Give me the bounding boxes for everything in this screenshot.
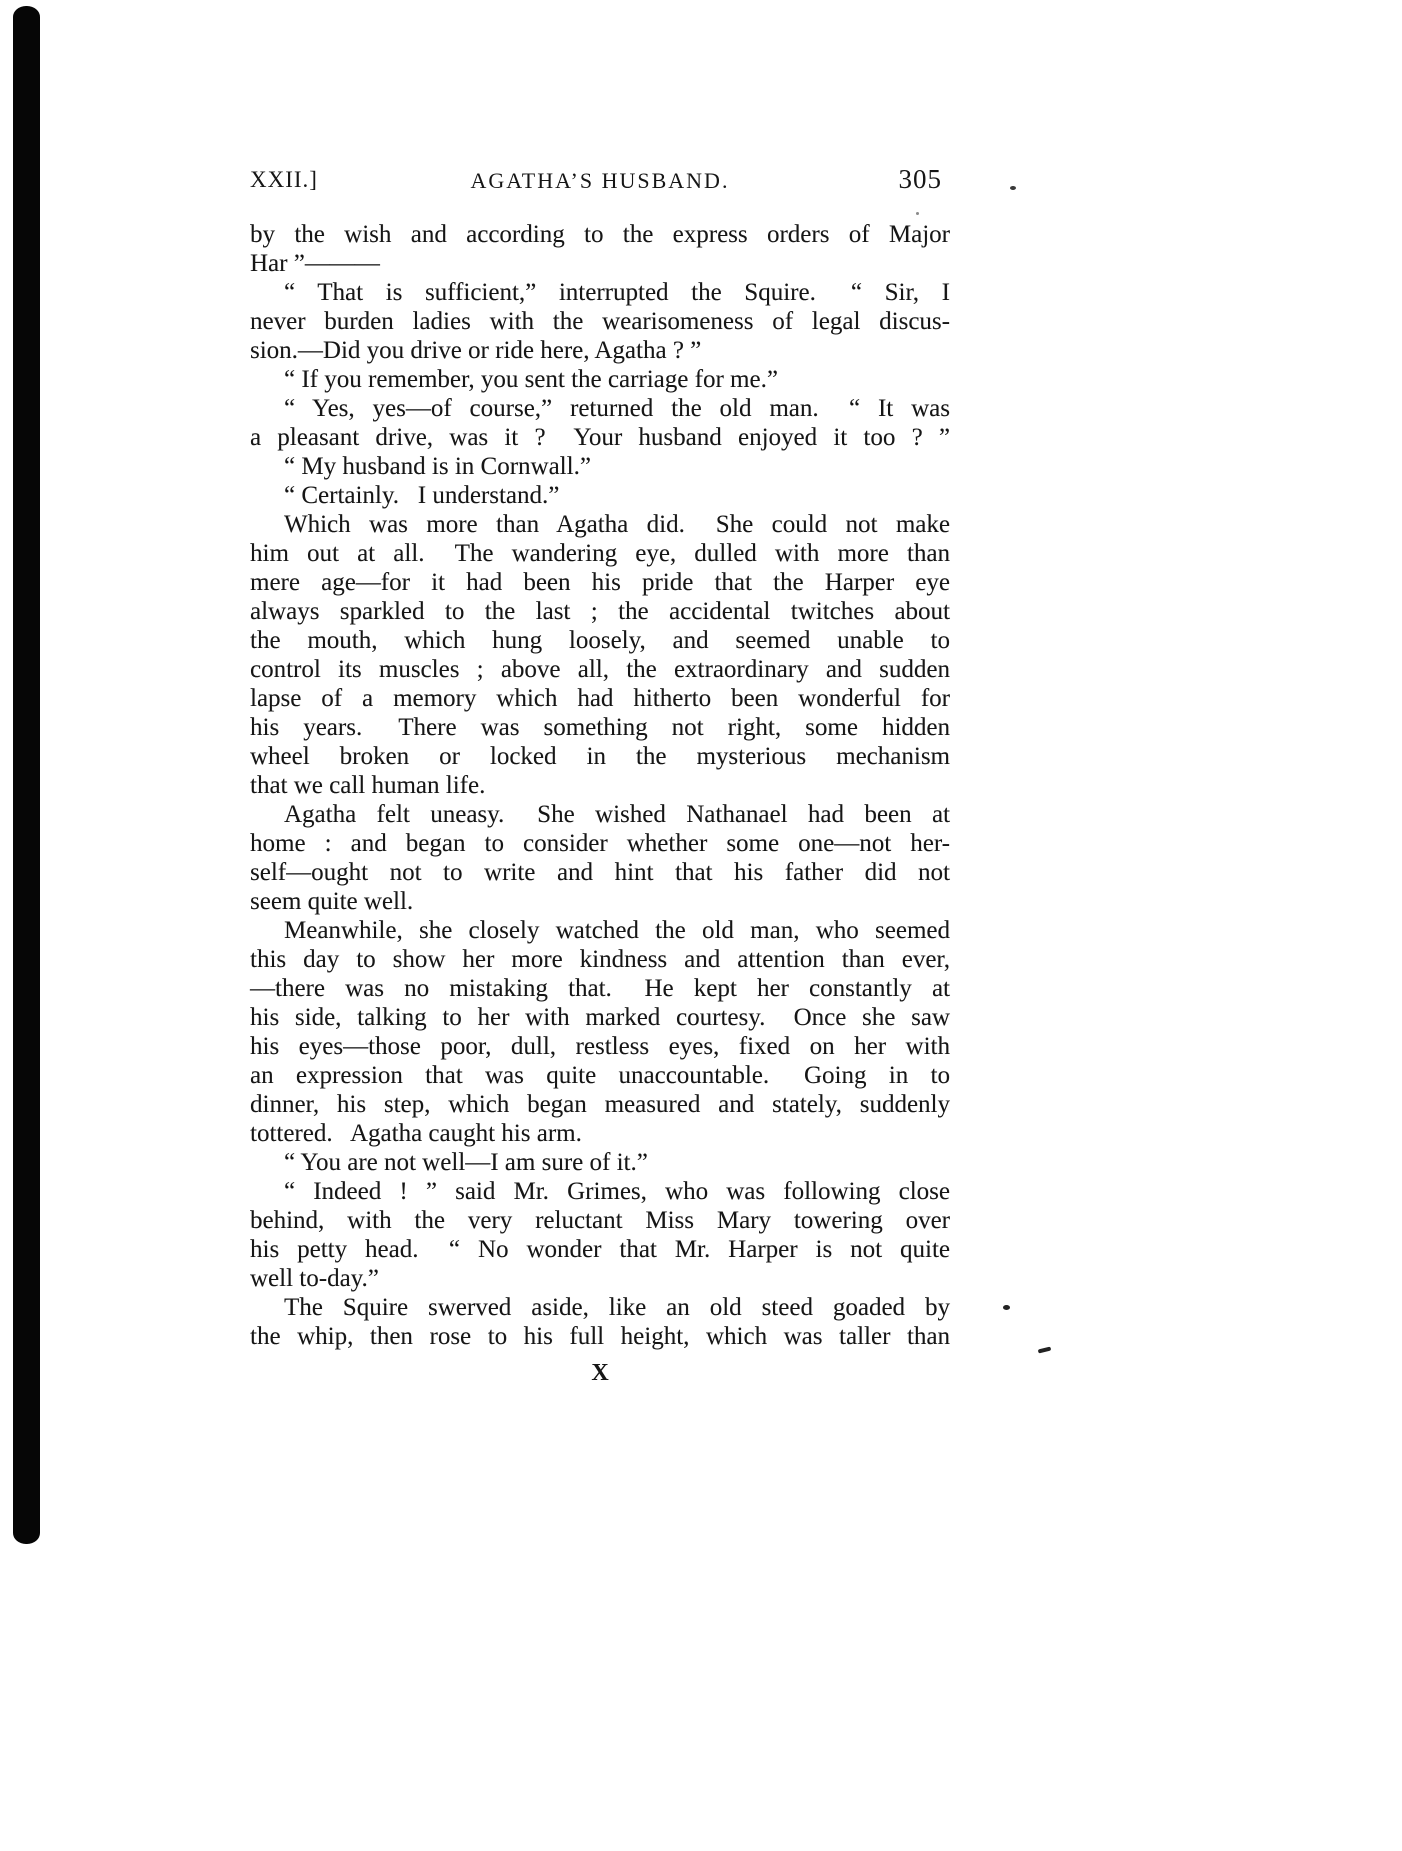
text-line: his petty head. “ No wonder that Mr. Har… (250, 1235, 950, 1264)
running-title: AGATHA’S HUSBAND. (250, 168, 950, 194)
text-line: lapse of a memory which had hitherto bee… (250, 684, 950, 713)
page-number: 305 (899, 164, 943, 195)
ink-speck (1010, 186, 1016, 190)
text-line: his side, talking to her with marked cou… (250, 1003, 950, 1032)
text-line: sion.—Did you drive or ride here, Agatha… (250, 336, 950, 365)
text-line: by the wish and according to the express… (250, 220, 950, 249)
text-line: self—ought not to write and hint that hi… (250, 858, 950, 887)
ink-speck (916, 212, 919, 215)
text-line: Meanwhile, she closely watched the old m… (250, 916, 950, 945)
text-line: always sparkled to the last ; the accide… (250, 597, 950, 626)
text-line: his years. There was something not right… (250, 713, 950, 742)
text-line: this day to show her more kindness and a… (250, 945, 950, 974)
text-line: that we call human life. (250, 771, 950, 800)
text-line: “ Yes, yes—of course,” returned the old … (250, 394, 950, 423)
text-line: “ That is sufficient,” interrupted the S… (250, 278, 950, 307)
text-line: the mouth, which hung loosely, and seeme… (250, 626, 950, 655)
text-line: “ If you remember, you sent the carriage… (250, 365, 950, 394)
text-line: wheel broken or locked in the mysterious… (250, 742, 950, 771)
page-body: by the wish and according to the express… (250, 220, 950, 1351)
text-line: “ Certainly. I understand.” (250, 481, 950, 510)
text-line: Which was more than Agatha did. She coul… (250, 510, 950, 539)
scan-gutter-artifact (13, 6, 40, 1544)
text-line: well to-day.” (250, 1264, 950, 1293)
text-line: “ Indeed ! ” said Mr. Grimes, who was fo… (250, 1177, 950, 1206)
text-line: Har ”——— (250, 249, 950, 278)
text-line: “ You are not well—I am sure of it.” (250, 1148, 950, 1177)
ink-speck (1038, 1346, 1052, 1353)
text-line: never burden ladies with the wearisomene… (250, 307, 950, 336)
text-line: mere age—for it had been his pride that … (250, 568, 950, 597)
text-line: The Squire swerved aside, like an old st… (250, 1293, 950, 1322)
text-line: the whip, then rose to his full height, … (250, 1322, 950, 1351)
text-line: an expression that was quite unaccountab… (250, 1061, 950, 1090)
text-line: Agatha felt uneasy. She wished Nathanael… (250, 800, 950, 829)
text-line: “ My husband is in Cornwall.” (250, 452, 950, 481)
text-line: control its muscles ; above all, the ext… (250, 655, 950, 684)
text-line: dinner, his step, which began measured a… (250, 1090, 950, 1119)
text-line: his eyes—those poor, dull, restless eyes… (250, 1032, 950, 1061)
text-line: —there was no mistaking that. He kept he… (250, 974, 950, 1003)
text-line: him out at all. The wandering eye, dulle… (250, 539, 950, 568)
page-header: XXII.] AGATHA’S HUSBAND. 305 (250, 164, 950, 196)
text-line: a pleasant drive, was it ? Your husband … (250, 423, 950, 452)
scanned-book-page: XXII.] AGATHA’S HUSBAND. 305 by the wish… (0, 0, 1402, 1851)
text-line: behind, with the very reluctant Miss Mar… (250, 1206, 950, 1235)
signature-mark: X (250, 1360, 950, 1387)
text-line: tottered. Agatha caught his arm. (250, 1119, 950, 1148)
text-line: home : and began to consider whether som… (250, 829, 950, 858)
ink-speck (1003, 1305, 1010, 1310)
text-line: seem quite well. (250, 887, 950, 916)
